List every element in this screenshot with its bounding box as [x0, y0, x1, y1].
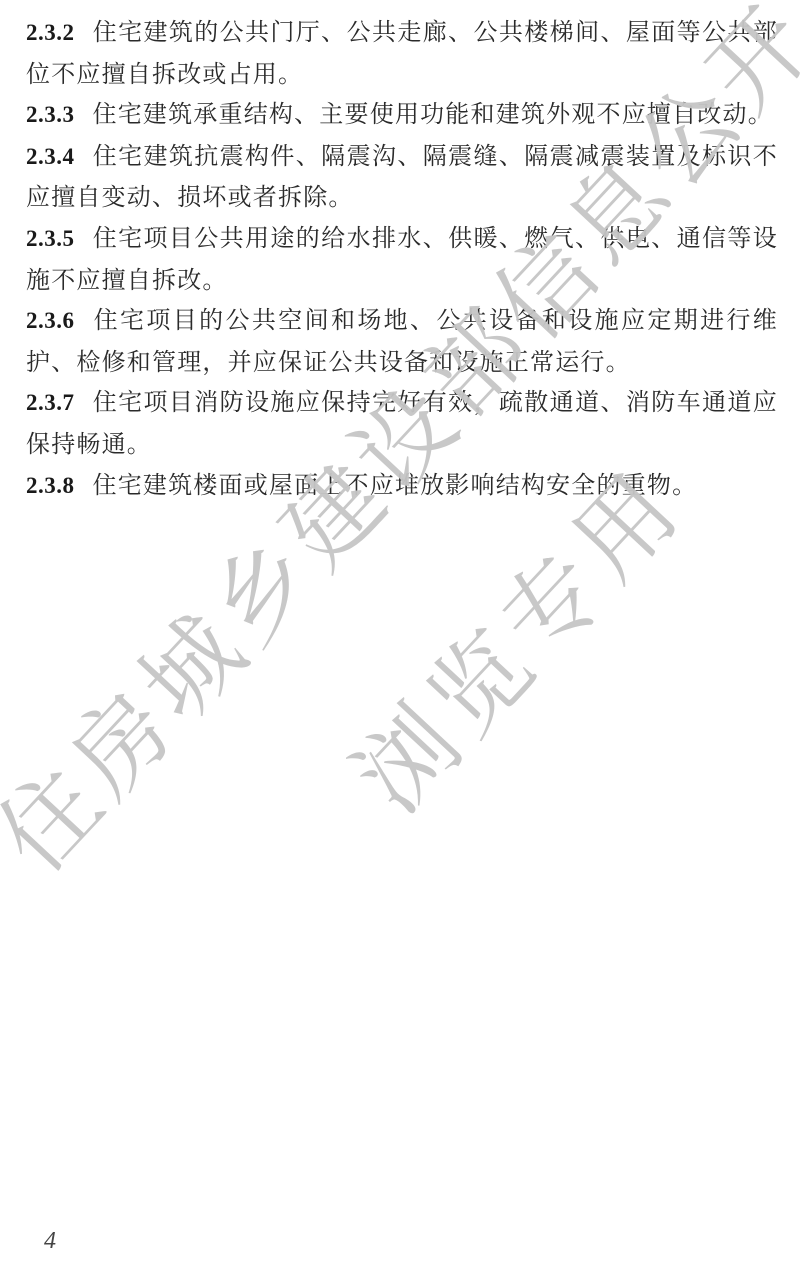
clause-text: 住宅建筑承重结构、主要使用功能和建筑外观不应擅自改动。	[93, 100, 773, 128]
clause-2-3-8: 2.3.8住宅建筑楼面或屋面上不应堆放影响结构安全的重物。	[26, 465, 778, 507]
clause-2-3-4: 2.3.4住宅建筑抗震构件、隔震沟、隔震缝、隔震减震装置及标识不应擅自变动、损坏…	[26, 136, 778, 218]
page-number: 4	[44, 1228, 56, 1255]
clause-2-3-7: 2.3.7住宅项目消防设施应保持完好有效，疏散通道、消防车通道应保持畅通。	[26, 382, 778, 464]
clause-2-3-5: 2.3.5住宅项目公共用途的给水排水、供暖、燃气、供电、通信等设施不应擅自拆改。	[26, 218, 778, 300]
clause-number: 2.3.3	[26, 102, 75, 127]
clause-number: 2.3.2	[26, 20, 75, 45]
clause-text: 住宅项目的公共空间和场地、公共设备和设施应定期进行维护、检修和管理，并应保证公共…	[26, 306, 778, 376]
document-page: 2.3.2住宅建筑的公共门厅、公共走廊、公共楼梯间、屋面等公共部位不应擅自拆改或…	[0, 0, 800, 1262]
clause-2-3-3: 2.3.3住宅建筑承重结构、主要使用功能和建筑外观不应擅自改动。	[26, 94, 778, 136]
clause-text: 住宅建筑抗震构件、隔震沟、隔震缝、隔震减震装置及标识不应擅自变动、损坏或者拆除。	[26, 142, 778, 212]
clause-text: 住宅项目公共用途的给水排水、供暖、燃气、供电、通信等设施不应擅自拆改。	[26, 224, 778, 294]
clause-number: 2.3.4	[26, 144, 75, 169]
clause-text: 住宅建筑楼面或屋面上不应堆放影响结构安全的重物。	[93, 471, 698, 499]
clause-number: 2.3.7	[26, 390, 75, 415]
clause-2-3-6: 2.3.6住宅项目的公共空间和场地、公共设备和设施应定期进行维护、检修和管理，并…	[26, 300, 778, 382]
clause-text: 住宅建筑的公共门厅、公共走廊、公共楼梯间、屋面等公共部位不应擅自拆改或占用。	[26, 18, 778, 88]
clause-2-3-2: 2.3.2住宅建筑的公共门厅、公共走廊、公共楼梯间、屋面等公共部位不应擅自拆改或…	[26, 12, 778, 94]
clause-list: 2.3.2住宅建筑的公共门厅、公共走廊、公共楼梯间、屋面等公共部位不应擅自拆改或…	[26, 12, 778, 506]
clause-number: 2.3.6	[26, 308, 75, 333]
clause-text: 住宅项目消防设施应保持完好有效，疏散通道、消防车通道应保持畅通。	[26, 388, 778, 458]
clause-number: 2.3.5	[26, 226, 75, 251]
clause-number: 2.3.8	[26, 473, 75, 498]
